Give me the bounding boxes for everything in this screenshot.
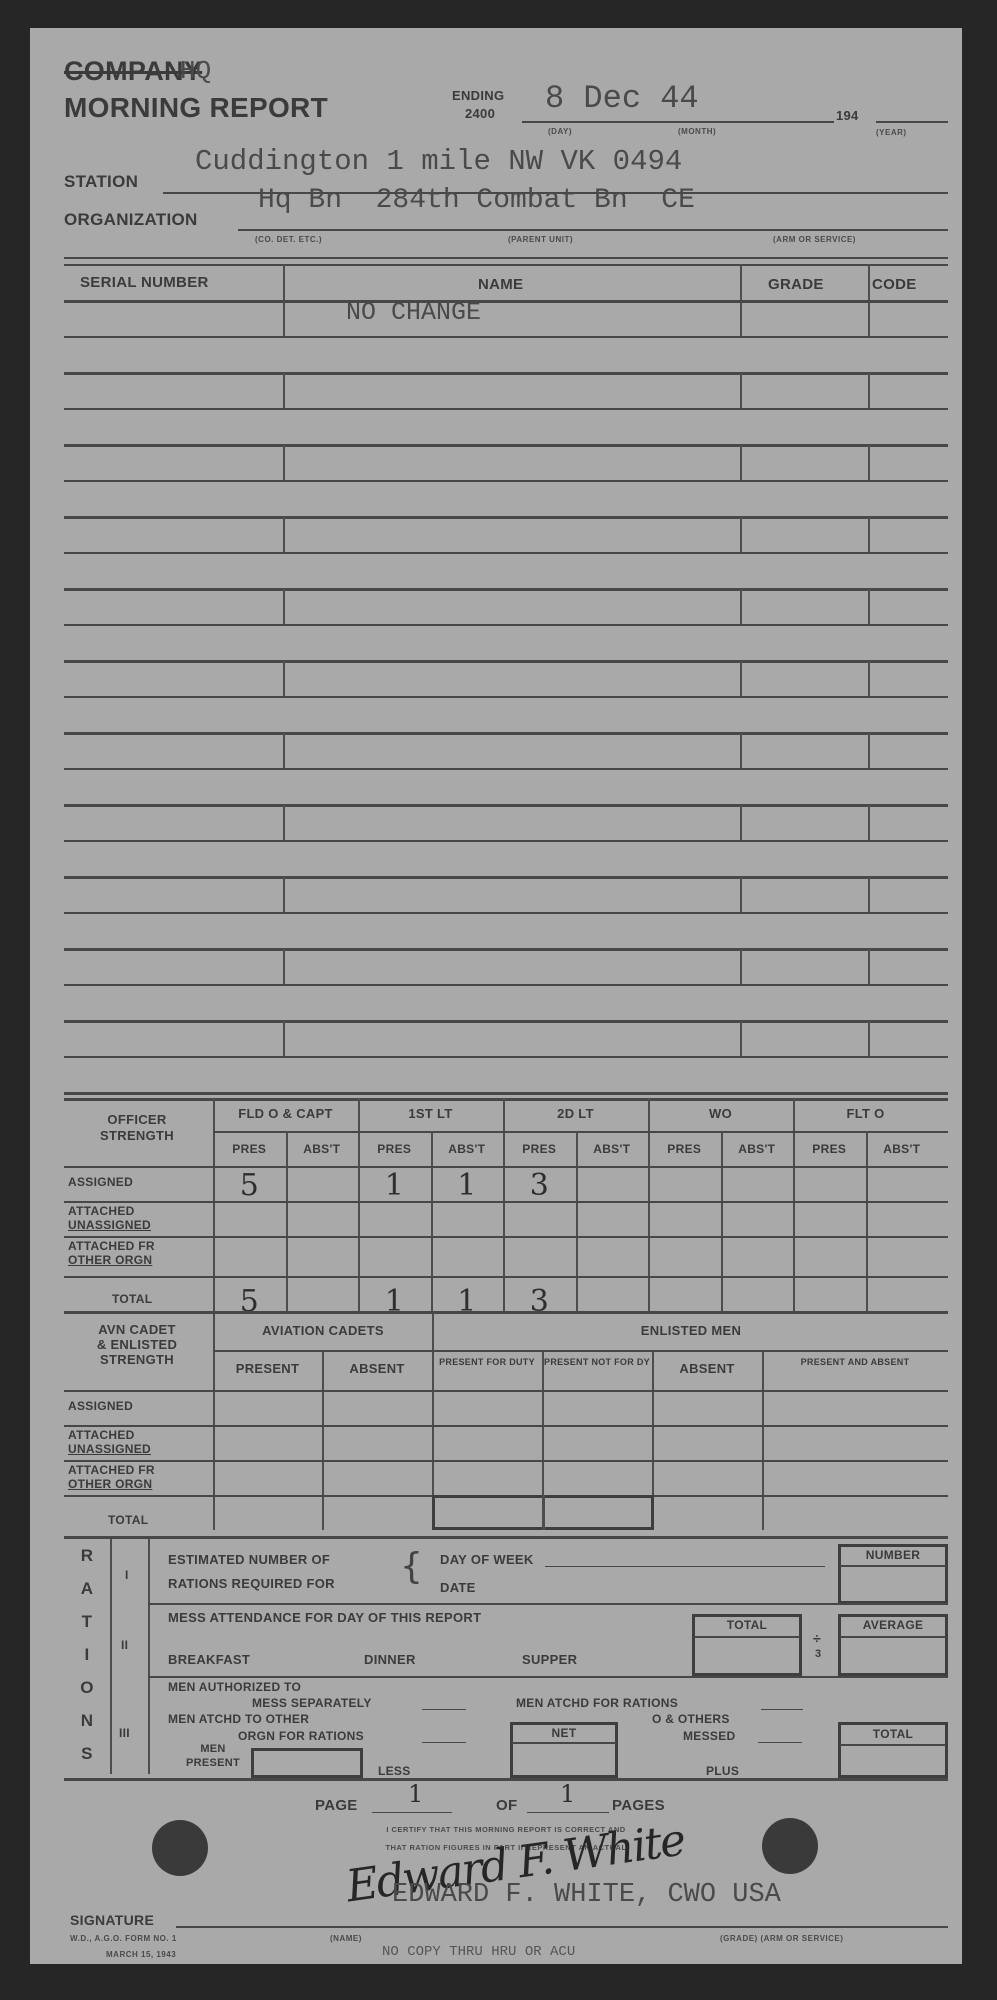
form-date: MARCH 15, 1943 <box>106 1950 176 1959</box>
part2-numeral: II <box>121 1638 128 1652</box>
mess-attendance-title: MESS ATTENDANCE FOR DAY OF THIS REPORT <box>168 1610 481 1625</box>
col-grade: GRADE <box>768 276 824 293</box>
roster-divider <box>283 876 285 912</box>
men-authorized-line1: MEN AUTHORIZED TO <box>168 1680 301 1694</box>
roster-divider <box>283 1020 285 1056</box>
table-divider <box>503 1098 505 1311</box>
men-atchd-other-line2: ORGN FOR RATIONS <box>238 1729 364 1743</box>
officer-count-value: 3 <box>503 1168 576 1203</box>
arm-service-caption: (ARM OR SERVICE) <box>773 235 856 244</box>
officer-strength-title: OFFICER STRENGTH <box>64 1112 210 1144</box>
roster-line <box>64 624 948 626</box>
officer-group-header: FLD O & CAPT <box>213 1106 358 1121</box>
roster-line <box>64 768 948 770</box>
others-messed-line1: O & OTHERS <box>652 1712 730 1726</box>
table-divider <box>721 1131 723 1311</box>
enlisted-subheader: PRESENT FOR DUTY <box>432 1356 542 1369</box>
rations-letter: O <box>72 1678 102 1698</box>
roster-line <box>64 660 948 663</box>
col-serial-number: SERIAL NUMBER <box>80 274 209 291</box>
day-of-week-label: DAY OF WEEK <box>440 1552 534 1567</box>
table-divider <box>542 1495 545 1530</box>
copy-note: NO COPY THRU HRU OR ACU <box>382 1944 575 1960</box>
plus-label: PLUS <box>706 1764 739 1778</box>
enlisted-row-label: TOTAL <box>108 1513 148 1527</box>
officer-title-line2: STRENGTH <box>64 1128 210 1144</box>
enlisted-subheader: ABSENT <box>652 1362 762 1375</box>
roster-line <box>64 1020 948 1023</box>
name-caption: (NAME) <box>330 1934 362 1943</box>
officer-subheader: ABS'T <box>721 1142 794 1156</box>
roster-divider <box>868 732 870 768</box>
table-divider <box>213 1098 215 1311</box>
roster-divider <box>868 372 870 408</box>
roster-divider <box>283 516 285 552</box>
table-divider <box>648 1098 650 1311</box>
roster-divider <box>283 264 285 300</box>
officer-group-header: WO <box>648 1106 793 1121</box>
signature-label: SIGNATURE <box>70 1912 154 1928</box>
officer-subheader: PRES <box>358 1142 431 1156</box>
roster-divider <box>740 732 742 768</box>
rations-total-label: TOTAL <box>840 1727 946 1741</box>
part1-line1: ESTIMATED NUMBER OF <box>168 1552 330 1567</box>
men-present-line1: MEN <box>180 1742 246 1756</box>
number-label: NUMBER <box>840 1548 946 1562</box>
enlisted-men-header: ENLISTED MEN <box>434 1323 948 1338</box>
roster-line <box>64 336 948 338</box>
enlisted-subheader: ABSENT <box>322 1362 432 1375</box>
officer-subheader: ABS'T <box>286 1142 359 1156</box>
col-code: CODE <box>872 276 917 293</box>
month-caption: (MONTH) <box>678 127 716 136</box>
roster-line <box>64 696 948 698</box>
year-prefix: 194 <box>836 108 859 123</box>
officer-subheader: PRES <box>503 1142 576 1156</box>
roster-divider <box>740 948 742 984</box>
table-divider <box>866 1131 868 1311</box>
roster-divider <box>868 264 870 300</box>
roster-divider <box>283 732 285 768</box>
station-label: STATION <box>64 172 138 192</box>
page-number: 1 <box>408 1780 423 1808</box>
officer-subheader: PRES <box>213 1142 286 1156</box>
roster-line <box>64 480 948 482</box>
col-name: NAME <box>478 276 523 293</box>
parent-unit-caption: (PARENT UNIT) <box>508 235 573 244</box>
roster-divider <box>740 804 742 840</box>
officer-count-value: 1 <box>358 1168 431 1203</box>
roster-divider <box>868 444 870 480</box>
roster-line <box>64 804 948 807</box>
of-label: OF <box>496 1797 517 1814</box>
roster-divider <box>283 372 285 408</box>
page-label: PAGE <box>315 1797 358 1814</box>
men-present-line2: PRESENT <box>180 1756 246 1770</box>
year-caption: (YEAR) <box>876 128 907 137</box>
less-label: LESS <box>378 1764 411 1778</box>
officer-subheader: PRES <box>648 1142 721 1156</box>
roster-divider <box>740 588 742 624</box>
grade-caption: (GRADE) (ARM OR SERVICE) <box>720 1934 843 1943</box>
table-line <box>64 1276 948 1278</box>
officer-row-label: TOTAL <box>112 1292 152 1306</box>
officer-group-header: FLT O <box>793 1106 938 1121</box>
report-date: 8 Dec 44 <box>545 80 699 117</box>
table-line <box>64 1098 948 1101</box>
rations-letter: N <box>72 1711 102 1731</box>
enlisted-title-line1: AVN CADET <box>64 1322 210 1337</box>
officer-title-line1: OFFICER <box>64 1112 210 1128</box>
roster-divider <box>740 444 742 480</box>
officer-count-value: 1 <box>431 1168 504 1203</box>
station-value: Cuddington 1 mile NW VK 0494 <box>195 145 682 178</box>
rations-letter: T <box>72 1612 102 1632</box>
organization-value: Hq Bn 284th Combat Bn CE <box>258 185 695 216</box>
part3-numeral: III <box>119 1726 130 1740</box>
table-line <box>64 1201 948 1203</box>
form-title: MORNING REPORT <box>64 92 328 124</box>
men-present-box <box>251 1748 363 1778</box>
punch-hole-right <box>762 1818 818 1874</box>
part1-line2: RATIONS REQUIRED FOR <box>168 1576 335 1591</box>
table-line <box>64 1425 948 1427</box>
rations-letter: A <box>72 1579 102 1599</box>
punch-hole-left <box>152 1820 208 1876</box>
divide-sign: ÷ <box>813 1630 821 1646</box>
roster-line <box>64 372 948 375</box>
roster-line <box>64 516 948 519</box>
supper-label: SUPPER <box>522 1652 577 1667</box>
roster-divider <box>283 588 285 624</box>
breakfast-label: BREAKFAST <box>168 1652 250 1667</box>
enlisted-row-label: ATTACHEDUNASSIGNED <box>68 1428 151 1456</box>
officer-row-label: ATTACHED FROTHER ORGN <box>68 1239 155 1267</box>
roster-divider <box>283 948 285 984</box>
table-divider <box>286 1131 288 1311</box>
total-pages: 1 <box>560 1780 575 1808</box>
officer-subheader: ABS'T <box>576 1142 649 1156</box>
aviation-cadets-header: AVIATION CADETS <box>214 1323 432 1338</box>
part1-numeral: I <box>125 1568 129 1582</box>
others-messed-line2: MESSED <box>683 1729 735 1743</box>
roster-divider <box>740 1020 742 1056</box>
enlisted-title-line3: STRENGTH <box>64 1352 210 1367</box>
rations-letter: I <box>72 1645 102 1665</box>
table-divider <box>358 1098 360 1311</box>
roster-divider <box>868 876 870 912</box>
officer-row-label: ATTACHEDUNASSIGNED <box>68 1204 151 1232</box>
roster-divider <box>740 876 742 912</box>
morning-report-form <box>30 28 962 1964</box>
enlisted-row-label: ATTACHED FROTHER ORGN <box>68 1463 155 1491</box>
roster-divider <box>868 948 870 984</box>
table-divider <box>576 1131 578 1311</box>
roster-line <box>64 1056 948 1058</box>
mess-total-label: TOTAL <box>694 1618 800 1632</box>
officer-group-header: 2D LT <box>503 1106 648 1121</box>
table-divider <box>793 1098 795 1311</box>
roster-line <box>64 876 948 879</box>
organization-label: ORGANIZATION <box>64 210 198 230</box>
form-number: W.D., A.G.O. FORM NO. 1 <box>70 1934 177 1943</box>
roster-divider <box>868 516 870 552</box>
table-divider <box>762 1350 764 1530</box>
enlisted-subheader: PRESENT NOT FOR DY <box>542 1356 652 1369</box>
table-line <box>64 1390 948 1392</box>
roster-divider <box>740 516 742 552</box>
roster-line <box>64 552 948 554</box>
rations-letter: R <box>72 1546 102 1566</box>
roster-divider <box>868 660 870 696</box>
enlisted-subheader: PRESENT AND ABSENT <box>762 1356 948 1369</box>
table-line <box>64 1460 948 1462</box>
officer-subheader: ABS'T <box>431 1142 504 1156</box>
roster-line <box>64 948 948 951</box>
roster-divider <box>283 660 285 696</box>
table-line <box>213 1131 948 1133</box>
roster-divider <box>283 804 285 840</box>
average-label: AVERAGE <box>840 1618 946 1632</box>
roster-divider <box>868 1020 870 1056</box>
men-atchd-other-line1: MEN ATCHD TO OTHER <box>168 1712 309 1726</box>
roster-divider <box>283 444 285 480</box>
table-line <box>64 1236 948 1238</box>
pages-label: PAGES <box>612 1797 665 1814</box>
roster-line <box>64 444 948 447</box>
roster-line <box>64 1092 948 1095</box>
ending-label: ENDING <box>452 88 504 103</box>
roster-divider <box>868 588 870 624</box>
roster-line <box>64 732 948 735</box>
roster-divider <box>868 804 870 840</box>
officer-row-label: ASSIGNED <box>68 1175 133 1189</box>
divisor: 3 <box>815 1648 821 1660</box>
roster-divider <box>740 660 742 696</box>
roster-line <box>64 300 948 303</box>
roster-divider <box>283 300 285 336</box>
enlisted-title-line2: & ENLISTED <box>64 1337 210 1352</box>
roster-divider <box>740 264 742 300</box>
enlisted-strength-title: AVN CADET & ENLISTED STRENGTH <box>64 1322 210 1367</box>
brace-icon: { <box>400 1546 423 1587</box>
roster-line <box>64 408 948 410</box>
company-value: HQ <box>180 56 211 86</box>
roster-divider <box>868 300 870 336</box>
ending-time: 2400 <box>465 106 495 121</box>
men-present-label: MEN PRESENT <box>180 1742 246 1770</box>
table-line <box>64 1311 948 1314</box>
officer-count-value: 5 <box>213 1168 286 1203</box>
enlisted-row-label: ASSIGNED <box>68 1399 133 1413</box>
roster-divider <box>740 300 742 336</box>
officer-group-header: 1ST LT <box>358 1106 503 1121</box>
roster-divider <box>740 372 742 408</box>
men-atchd-for-rations: MEN ATCHD FOR RATIONS <box>516 1696 678 1710</box>
officer-subheader: ABS'T <box>866 1142 939 1156</box>
officer-subheader: PRES <box>793 1142 866 1156</box>
date-label: DATE <box>440 1580 476 1595</box>
men-authorized-line2: MESS SEPARATELY <box>252 1696 372 1710</box>
table-divider <box>322 1350 324 1530</box>
co-caption: (CO. DET. ETC.) <box>255 235 322 244</box>
roster-line <box>64 912 948 914</box>
typed-signer-name: EDWARD F. WHITE, CWO USA <box>392 1880 781 1910</box>
table-divider <box>213 1314 215 1530</box>
enlisted-subheader: PRESENT <box>213 1362 322 1375</box>
dinner-label: DINNER <box>364 1652 416 1667</box>
roster-line <box>64 840 948 842</box>
roster-line <box>64 984 948 986</box>
table-line <box>213 1350 948 1352</box>
rations-letter: S <box>72 1744 102 1764</box>
roster-line <box>64 588 948 591</box>
net-label: NET <box>512 1726 616 1740</box>
day-caption: (DAY) <box>548 127 572 136</box>
